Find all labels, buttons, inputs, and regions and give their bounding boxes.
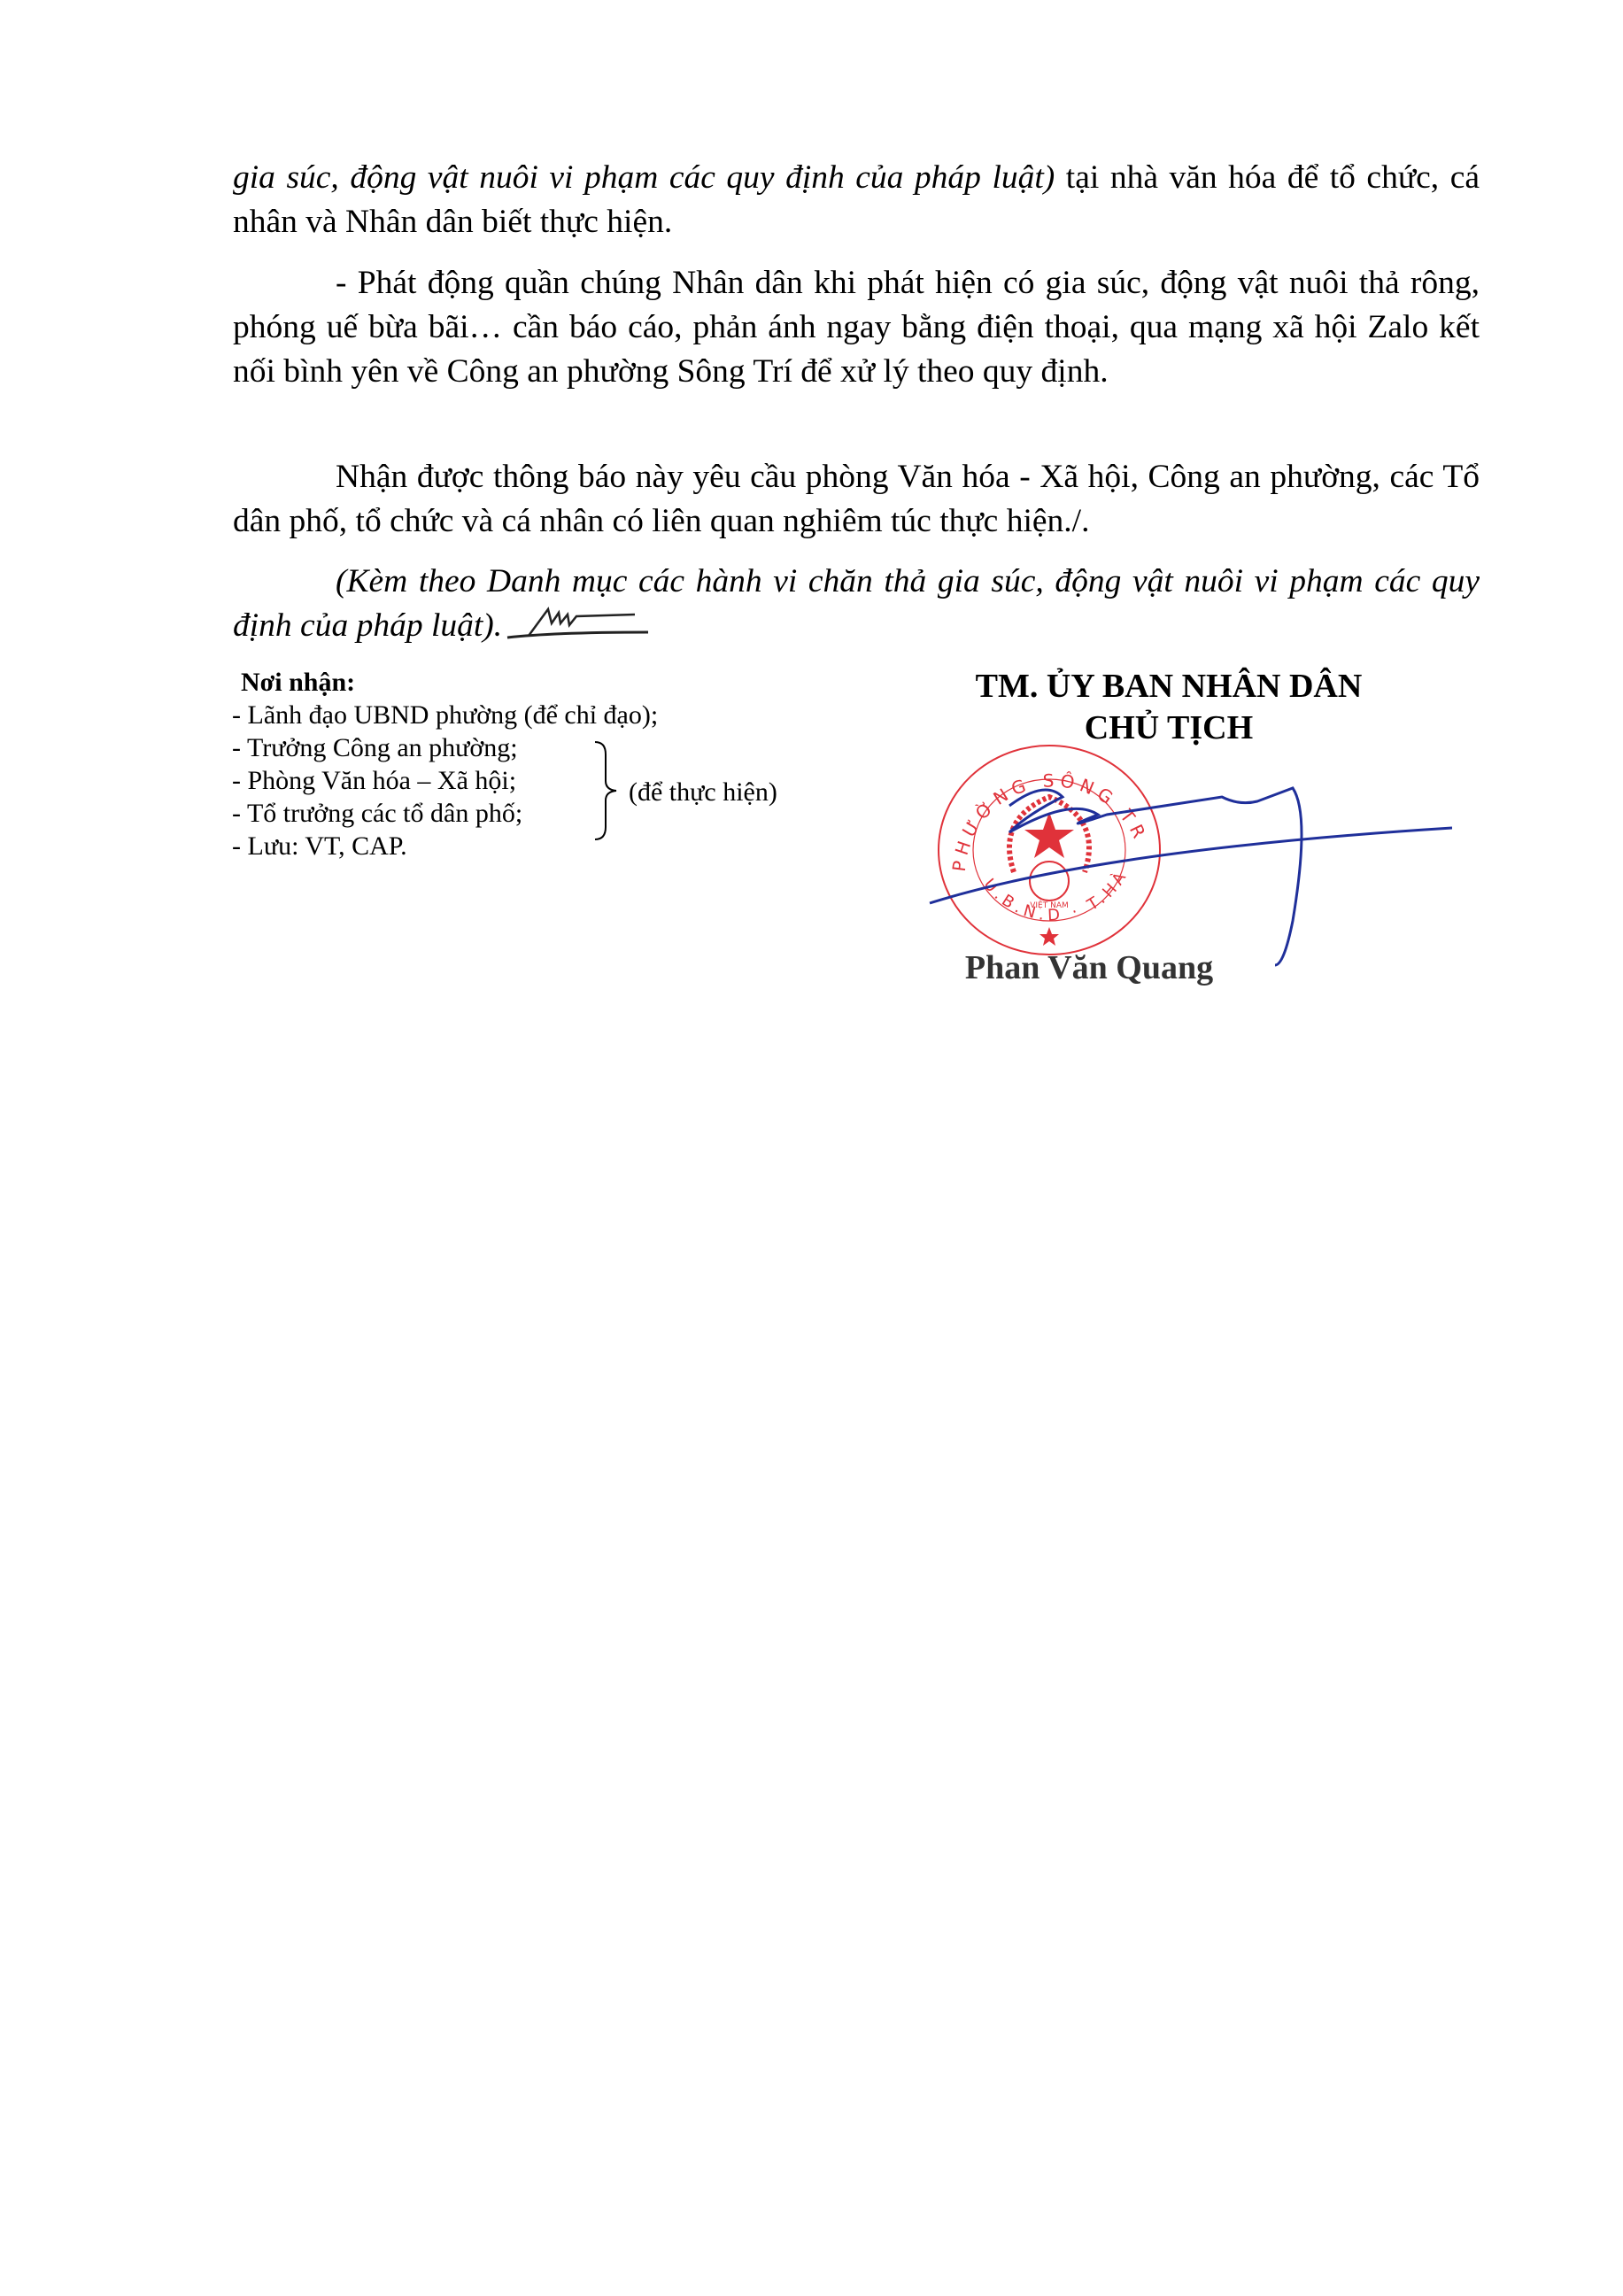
on-behalf-label: TM. ỦY BAN NHÂN DÂN [894,666,1443,707]
italic-text: gia súc, động vật nuôi vi phạm các quy đ… [233,159,1055,196]
recipient-item: - Lãnh đạo UBND phường (để chỉ đạo); [232,699,658,731]
brace-icon [593,738,620,843]
signature-heading: TM. ỦY BAN NHÂN DÂN CHỦ TỊCH [894,666,1443,749]
paragraph-text: (Kèm theo Danh mục các hành vi chăn thả … [233,563,1480,644]
paragraph-continuation: gia súc, động vật nuôi vi phạm các quy đ… [233,156,1480,244]
recipients-title: Nơi nhận: [232,666,658,699]
paragraph-text: - Phát động quần chúng Nhân dân khi phát… [233,261,1480,394]
paragraph-text: Nhận được thông báo này yêu cầu phòng Vă… [233,455,1480,544]
paragraph-attachment-note: (Kèm theo Danh mục các hành vi chăn thả … [233,560,1480,648]
recipients-group-label: (để thực hiện) [629,776,777,808]
initials-mark-icon [502,606,653,641]
document-page: gia súc, động vật nuôi vi phạm các quy đ… [0,0,1623,2296]
paragraph-report-instruction: - Phát động quần chúng Nhân dân khi phát… [233,261,1480,394]
signer-name: Phan Văn Quang [894,947,1284,989]
recipients-list: Nơi nhận: - Lãnh đạo UBND phường (để chỉ… [232,666,658,862]
paragraph-request: Nhận được thông báo này yêu cầu phòng Vă… [233,455,1480,544]
